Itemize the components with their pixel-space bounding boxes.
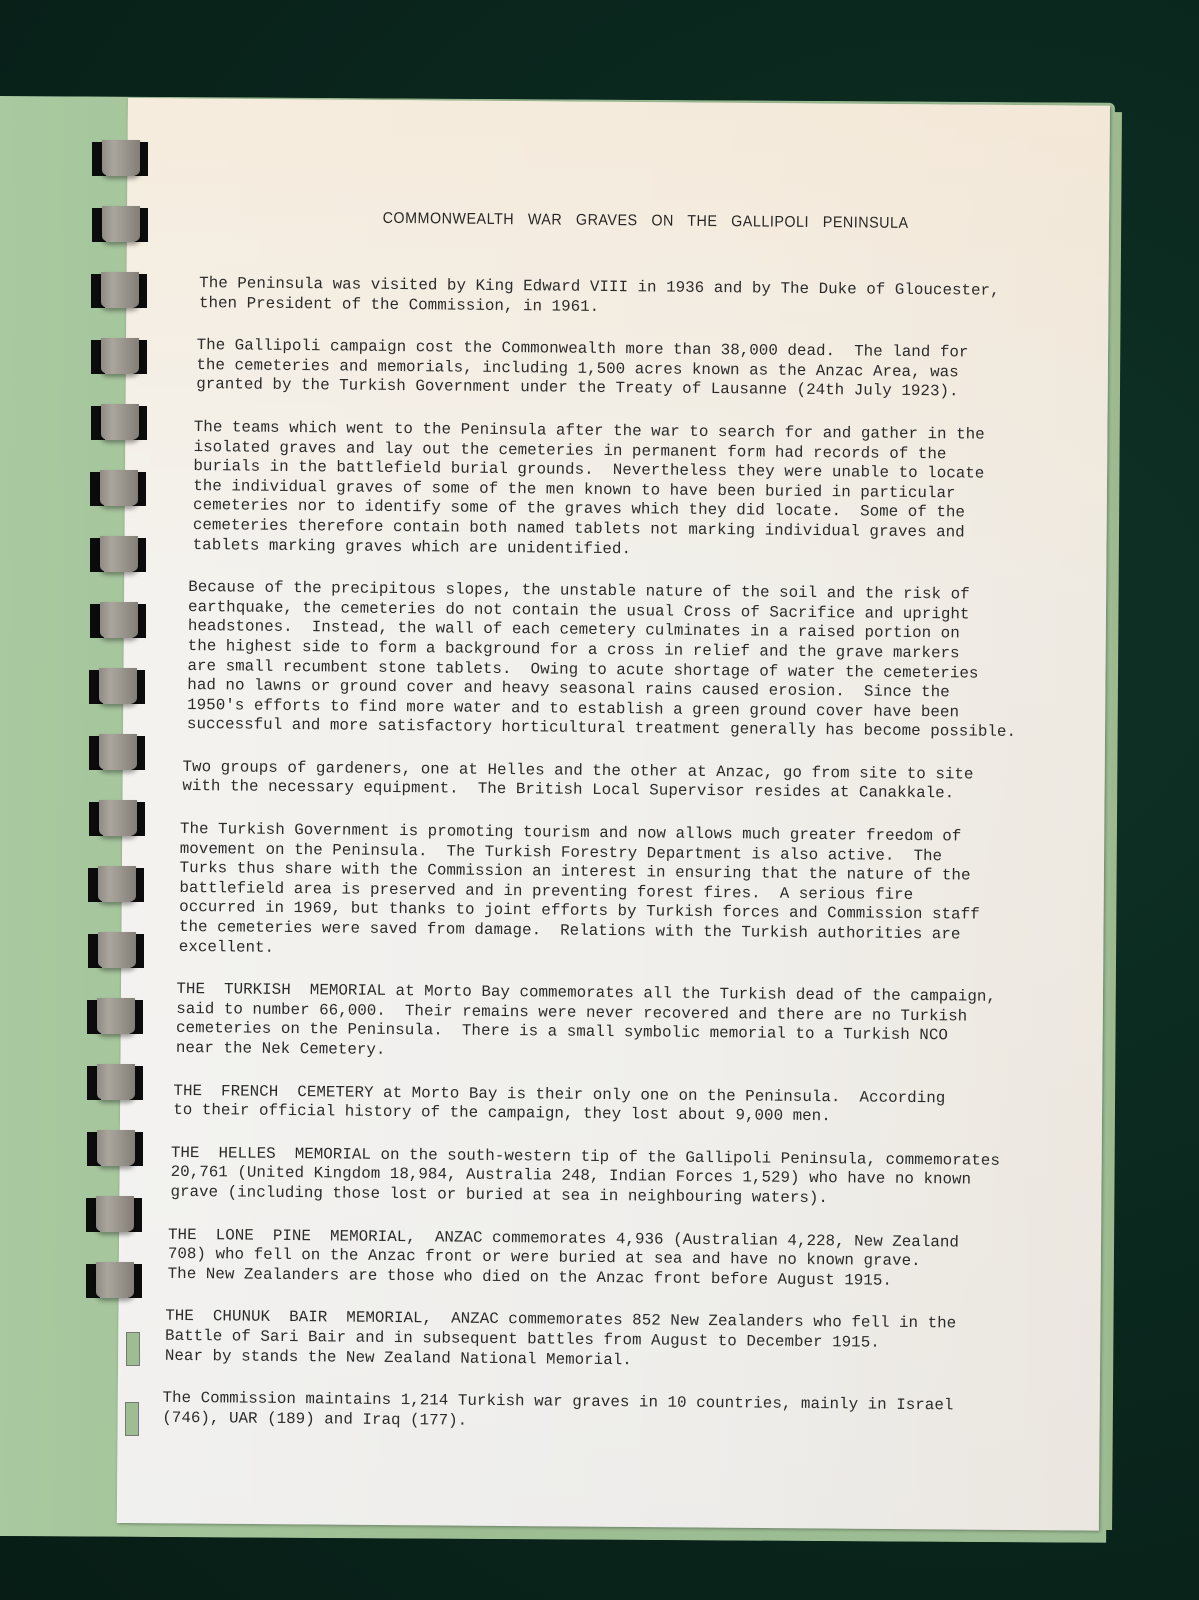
binding-loop — [89, 272, 151, 310]
binding-loop — [87, 800, 149, 838]
binding-ring — [101, 338, 139, 374]
torn-binding-hole — [125, 1402, 139, 1436]
paragraph-lone-pine-memorial: THE LONE PINE MEMORIAL, ANZAC commemorat… — [168, 1225, 1063, 1292]
binding-loop — [85, 1130, 147, 1168]
paragraph-royal-visits: The Peninsula was visited by King Edward… — [199, 274, 1071, 322]
binding-loop — [88, 470, 150, 508]
paragraph-gardeners: Two groups of gardeners, one at Helles a… — [182, 758, 1066, 806]
binding-loop — [84, 1262, 146, 1300]
binding-loop — [86, 866, 148, 904]
binding-loop — [90, 140, 152, 178]
binding-ring — [99, 800, 137, 836]
binding-loop — [87, 734, 149, 772]
binding-ring — [97, 1130, 135, 1166]
binding-loop — [84, 1196, 146, 1234]
binding-ring — [101, 404, 139, 440]
document-body: COMMONWEALTH WAR GRAVES ON THE GALLIPOLI… — [180, 200, 1072, 1460]
paragraph-french-cemetery: THE FRENCH CEMETERY at Morto Bay is thei… — [173, 1081, 1063, 1129]
binding-ring — [96, 1196, 134, 1232]
binding-ring — [102, 140, 140, 176]
photo-scene: COMMONWEALTH WAR GRAVES ON THE GALLIPOLI… — [0, 0, 1199, 1600]
binding-ring — [100, 536, 138, 572]
paragraph-search-teams: The teams which went to the Peninsula af… — [193, 418, 1070, 564]
paragraph-campaign-cost: The Gallipoli campaign cost the Commonwe… — [196, 336, 1071, 403]
binding-loop — [85, 998, 147, 1036]
paragraph-turkish-government: The Turkish Government is promoting tour… — [179, 820, 1066, 966]
paragraph-turkish-war-graves: The Commission maintains 1,214 Turkish w… — [162, 1389, 1060, 1437]
binding-loop — [88, 602, 150, 640]
binding-loop — [87, 668, 149, 706]
binding-loop — [85, 1064, 147, 1102]
binding-ring — [98, 932, 136, 968]
binding-ring — [101, 272, 139, 308]
torn-binding-hole — [126, 1332, 140, 1366]
binding-ring — [98, 866, 136, 902]
binding-loop — [90, 206, 152, 244]
binding-loop — [88, 536, 150, 574]
paragraph-chunuk-bair-memorial: THE CHUNUK BAIR MEMORIAL, ANZAC commemor… — [165, 1307, 1062, 1374]
binding-ring — [102, 206, 140, 242]
binding-ring — [97, 1064, 135, 1100]
binding-ring — [97, 998, 135, 1034]
binding-ring — [99, 734, 137, 770]
paragraph-cemetery-design: Because of the precipitous slopes, the u… — [187, 578, 1068, 743]
document-title: COMMONWEALTH WAR GRAVES ON THE GALLIPOLI… — [227, 208, 1037, 234]
binding-ring — [100, 602, 138, 638]
spiral-binding — [90, 140, 160, 1460]
binding-loop — [86, 932, 148, 970]
binding-ring — [99, 668, 137, 704]
binding-ring — [100, 470, 138, 506]
binding-ring — [96, 1262, 134, 1298]
paragraph-helles-memorial: THE HELLES MEMORIAL on the south-western… — [170, 1144, 1063, 1211]
binding-loop — [89, 338, 151, 376]
binding-loop — [89, 404, 151, 442]
paragraph-turkish-memorial: THE TURKISH MEMORIAL at Morto Bay commem… — [176, 980, 1065, 1067]
